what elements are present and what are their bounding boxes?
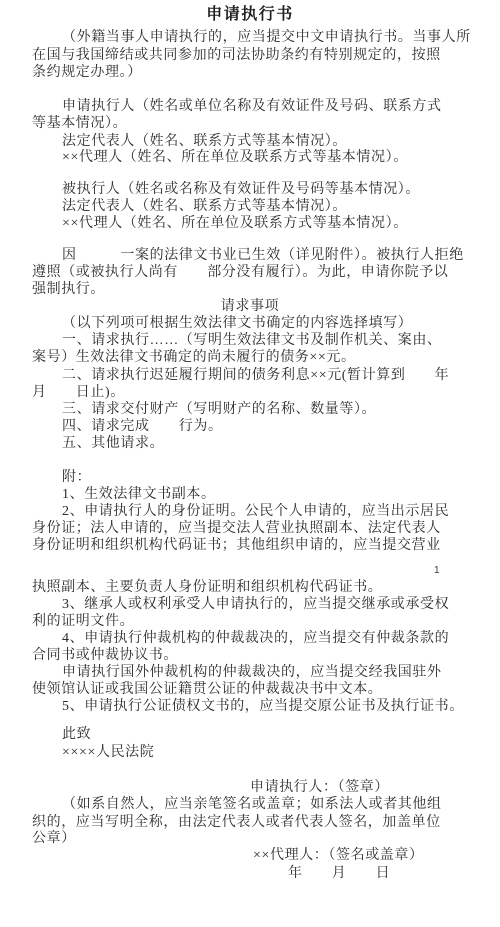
text-line: 因 一案的法律文书业已生效（详见附件）。被执行人拒绝 <box>62 247 464 265</box>
document-title: 申请执行书 <box>0 1 500 24</box>
text-line: 利的证明文件。 <box>32 613 134 631</box>
text-line: 2、申请执行人的身份证明。公民个人申请的，应当出示居民 <box>62 503 449 521</box>
text-line: （如系自然人，应当亲笔签名或盖章；如系法人或者其他组 <box>62 796 442 814</box>
text-line: 法定代表人（姓名、联系方式等基本情况）。 <box>62 198 347 216</box>
section-heading: 请求事项 <box>0 298 500 316</box>
text-line: 被执行人（姓名或名称及有效证件及号码等基本情况）。 <box>62 181 420 199</box>
page-number: 1 <box>434 565 440 576</box>
text-line: 身份证明和组织机构代码证书；其他组织申请的，应当提交营业 <box>32 537 441 555</box>
text-line: 执照副本、主要负责人身份证明和组织机构代码证书。 <box>32 579 382 597</box>
text-line: 附： <box>62 469 91 487</box>
text-line: 一、请求执行……（写明生效法律文书及制作机关、案由、 <box>62 332 442 350</box>
text-line: 合同书或仲裁协议书。 <box>32 647 178 665</box>
text-line: 二、请求执行迟延履行期间的债务利息××元(暂计算到 年 <box>62 367 449 385</box>
text-line: 申请执行国外仲裁机构的仲裁裁决的，应当提交经我国驻外 <box>62 664 442 682</box>
text-line: （外籍当事人申请执行的，应当提交中文申请执行书。当事人所 <box>62 29 471 47</box>
text-line: 等基本情况）。 <box>32 115 127 133</box>
text-line: 遵照（或被执行人尚有 部分没有履行）。为此，申请你院予以 <box>32 264 448 282</box>
text-line: 申请执行人：（签章） <box>250 779 389 797</box>
text-line: 1、生效法律文书副本。 <box>62 486 216 504</box>
text-line: 三、请求交付财产（写明财产的名称、数量等）。 <box>62 401 376 419</box>
text-line: 年 月 日 <box>288 865 390 883</box>
text-line: 公章） <box>32 830 76 848</box>
text-line: 4、申请执行仲裁机构的仲裁裁决的，应当提交有仲裁条款的 <box>62 630 449 648</box>
text-line: ××××人民法院 <box>62 744 154 762</box>
text-line: 五、其他请求。 <box>62 435 164 453</box>
text-line: 身份证；法人申请的，应当提交法人营业执照副本、法定代表人 <box>32 520 441 538</box>
text-line: 强制执行。 <box>32 281 105 299</box>
text-line: 此致 <box>62 726 91 744</box>
text-line: 条约规定办理。） <box>32 64 142 82</box>
text-line: 3、继承人或权利承受人申请执行的，应当提交继承或承受权 <box>62 596 449 614</box>
text-line: 使领馆认证或我国公证籍贯公证的仲裁裁决书中文本。 <box>32 681 382 699</box>
text-line: 申请执行人（姓名或单位名称及有效证件及号码、联系方式 <box>62 98 442 116</box>
text-line: 四、请求完成 行为。 <box>62 418 223 436</box>
text-line: 5、申请执行公证债权文书的，应当提交原公证书及执行证书。 <box>62 698 464 716</box>
text-line: ××代理人（姓名、所在单位及联系方式等基本情况）。 <box>62 215 408 233</box>
text-line: （以下列项可根据生效法律文书确定的内容选择填写） <box>62 315 412 333</box>
text-line: 案号）生效法律文书确定的尚未履行的债务××元。 <box>32 349 356 367</box>
text-line: 织的，应当写明全称，由法定代表人或者代表人签名，加盖单位 <box>32 814 441 832</box>
text-line: ××代理人：（签名或盖章） <box>253 847 424 865</box>
text-line: ××代理人（姓名、所在单位及联系方式等基本情况）。 <box>62 149 408 167</box>
text-line: 在国与我国缔结或共同参加的司法协助条约有特别规定的，按照 <box>32 47 441 65</box>
text-line: 月 日止)。 <box>32 384 125 402</box>
document-page: { "document": { "title": "申请执行书", "page_… <box>0 0 500 927</box>
